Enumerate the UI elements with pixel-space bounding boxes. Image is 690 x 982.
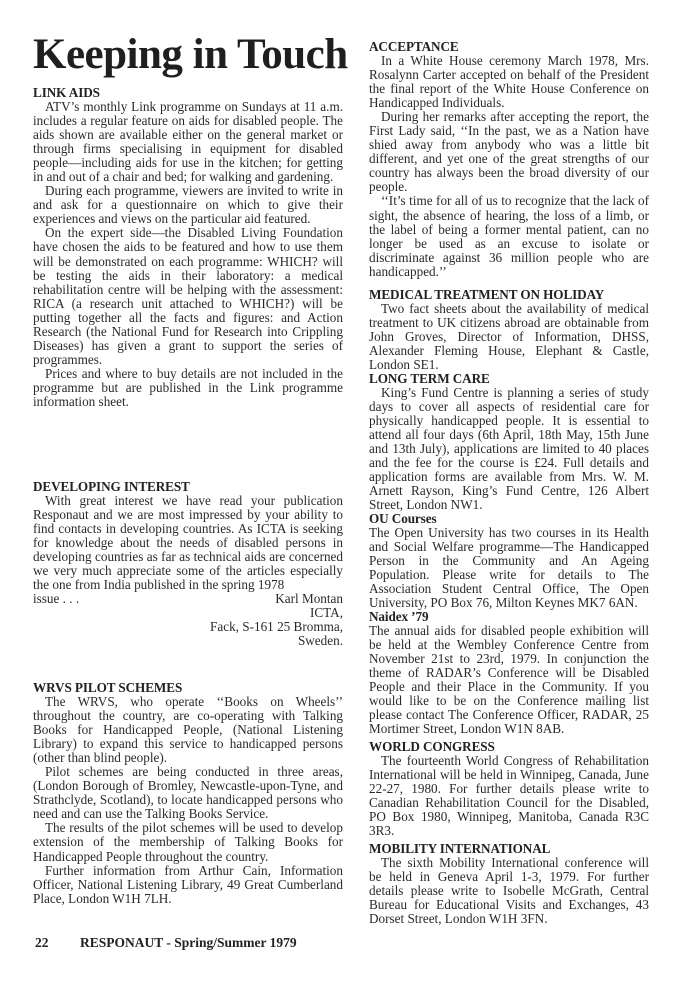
article-world-congress: WORLD CONGRESS The fourteenth World Cong… [369,740,649,838]
page-title: Keeping in Touch [33,30,348,80]
paragraph: Pilot schemes are being conducted in thr… [33,765,343,821]
paragraph: ATV’s monthly Link programme on Sundays … [33,100,343,184]
article-long-term-care: LONG TERM CARE King’s Fund Centre is pla… [369,372,649,512]
paragraph: The Open University has two courses in i… [369,526,649,610]
article-link-aids: LINK AIDS ATV’s monthly Link programme o… [33,86,343,409]
letter-closing-text: issue . . . [33,592,79,606]
paragraph: The annual aids for disabled people exhi… [369,624,649,736]
article-developing-interest: DEVELOPING INTEREST With great interest … [33,480,343,649]
article-ou-courses: OU Courses The Open University has two c… [369,512,649,610]
section-heading: LONG TERM CARE [369,372,649,386]
paragraph: ‘‘It’s time for all of us to recognize t… [369,194,649,278]
letter-closing-line: issue . . . Karl Montan [33,592,343,606]
section-heading: LINK AIDS [33,86,343,100]
magazine-page: Keeping in Touch LINK AIDS ATV’s monthly… [0,0,690,982]
section-heading: DEVELOPING INTEREST [33,480,343,494]
section-heading: MEDICAL TREATMENT ON HOLIDAY [369,288,649,302]
paragraph: Two fact sheets about the availability o… [369,302,649,372]
paragraph: On the expert side—the Disabled Living F… [33,226,343,366]
page-footer: 22RESPONAUT - Spring/Summer 1979 [35,935,297,951]
paragraph: During each programme, viewers are invit… [33,184,343,226]
paragraph: The fourteenth World Congress of Rehabil… [369,754,649,838]
paragraph: Prices and where to buy details are not … [33,367,343,409]
page-number: 22 [35,935,80,951]
signature-name: Karl Montan [275,592,343,606]
section-heading: WORLD CONGRESS [369,740,649,754]
article-naidex: Naidex ’79 The annual aids for disabled … [369,610,649,736]
paragraph: In a White House ceremony March 1978, Mr… [369,54,649,110]
section-heading: MOBILITY INTERNATIONAL [369,842,649,856]
signature-org: ICTA, [33,606,343,620]
paragraph: King’s Fund Centre is planning a series … [369,386,649,512]
paragraph: The results of the pilot schemes will be… [33,821,343,863]
signature-address: Fack, S-161 25 Bromma, [33,620,343,634]
article-mobility-international: MOBILITY INTERNATIONAL The sixth Mobilit… [369,842,649,926]
letter-body: With great interest we have read your pu… [33,494,343,592]
paragraph: The WRVS, who operate ‘‘Books on Wheels’… [33,695,343,765]
paragraph: The sixth Mobility International confere… [369,856,649,926]
section-heading: Naidex ’79 [369,610,649,624]
section-heading: ACCEPTANCE [369,40,649,54]
section-heading: OU Courses [369,512,649,526]
section-heading: WRVS PILOT SCHEMES [33,681,343,695]
article-medical-treatment: MEDICAL TREATMENT ON HOLIDAY Two fact sh… [369,288,649,372]
article-acceptance: ACCEPTANCE In a White House ceremony Mar… [369,40,649,279]
publication-name: RESPONAUT - Spring/Summer 1979 [80,935,297,950]
paragraph: Further information from Arthur Cain, In… [33,864,343,906]
article-wrvs-pilot-schemes: WRVS PILOT SCHEMES The WRVS, who operate… [33,681,343,906]
signature-country: Sweden. [33,634,343,648]
paragraph: During her remarks after accepting the r… [369,110,649,194]
